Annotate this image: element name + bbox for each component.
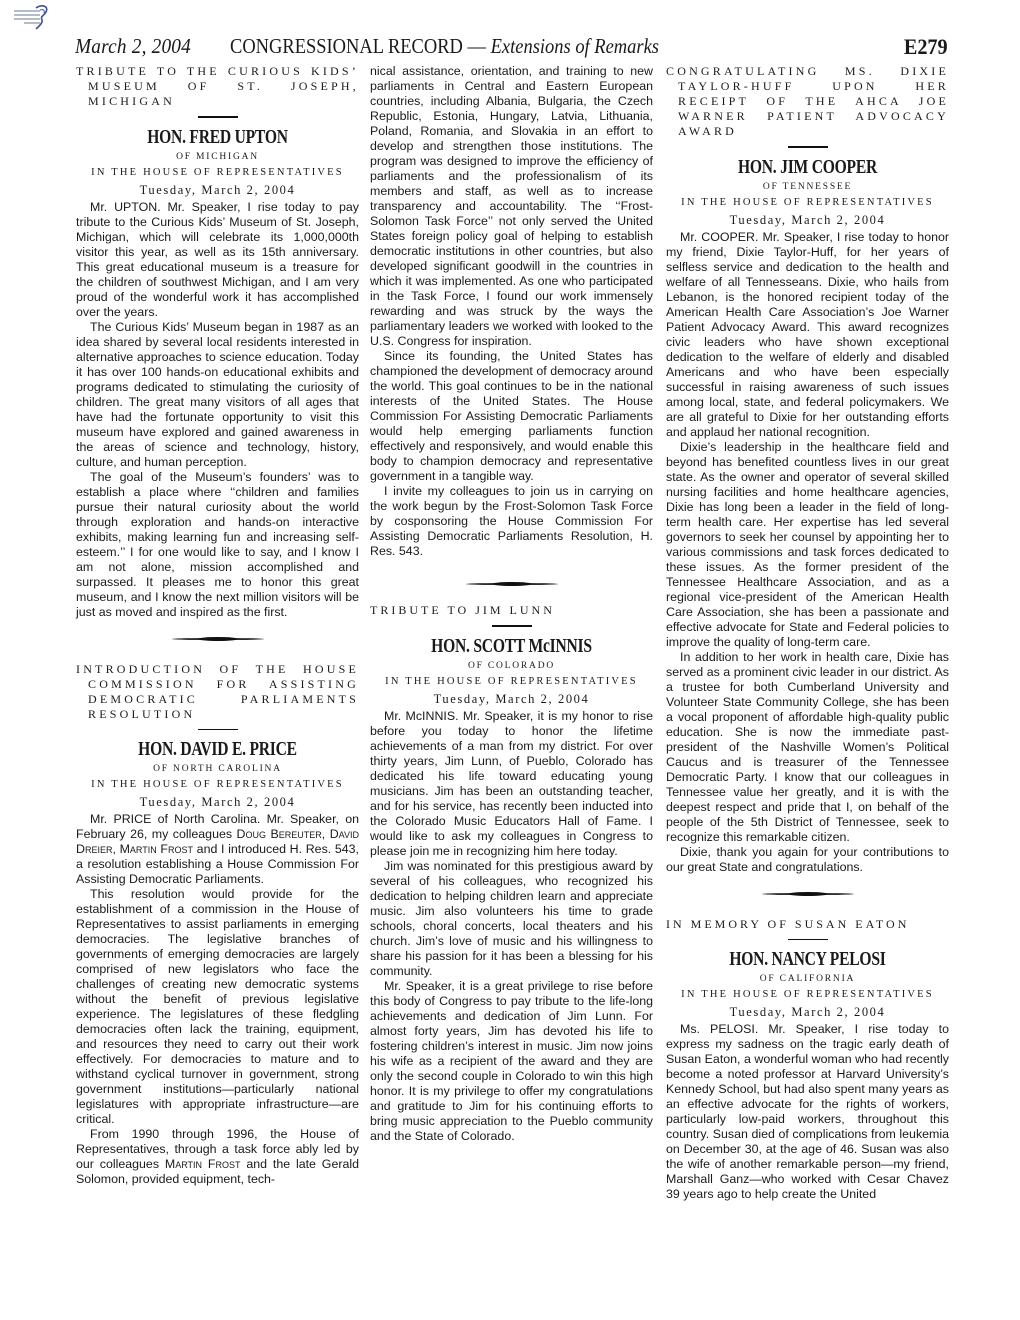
divider <box>198 116 238 118</box>
paragraph: Mr. UPTON. Mr. Speaker, I rise today to … <box>76 200 359 320</box>
column-3: CONGRATULATING MS. DIXIE TAYLOR-HUFF UPO… <box>666 64 949 1202</box>
article-price: INTRODUCTION OF THE HOUSE COMMISSION FOR… <box>76 662 359 1188</box>
text: , <box>112 842 119 856</box>
publication-title: CONGRESSIONAL RECORD — Extensions of Rem… <box>230 34 659 59</box>
member-state: OF MICHIGAN <box>76 150 359 165</box>
title-dash: — <box>463 34 491 58</box>
section-separator <box>172 636 264 642</box>
divider <box>788 146 828 148</box>
member-name: HON. SCOTT McINNIS <box>401 635 622 657</box>
issue-date: March 2, 2004 <box>75 34 191 59</box>
member-name: HON. JIM COOPER <box>697 156 918 178</box>
paragraph: Mr. COOPER. Mr. Speaker, I rise today to… <box>666 230 949 440</box>
member-name: HON. DAVID E. PRICE <box>107 738 328 760</box>
article-pelosi: IN MEMORY OF SUSAN EATON HON. NANCY PELO… <box>666 917 949 1203</box>
article-price-continued: nical assistance, orientation, and train… <box>370 64 653 559</box>
chamber: IN THE HOUSE OF REPRESENTATIVES <box>76 777 359 793</box>
paragraph: Mr. McINNIS. Mr. Speaker, it is my honor… <box>370 709 653 859</box>
member-state: OF COLORADO <box>370 659 653 674</box>
member-state: OF TENNESSEE <box>666 180 949 195</box>
paragraph: Mr. Speaker, it is a great privilege to … <box>370 979 653 1144</box>
divider <box>492 625 532 627</box>
page-header: March 2, 2004 CONGRESSIONAL RECORD — Ext… <box>75 34 948 60</box>
article-topic: TRIBUTE TO JIM LUNN <box>370 603 653 618</box>
member-ref: Doug Bereuter <box>237 827 322 841</box>
paragraph: Dixie’s leadership in the healthcare fie… <box>666 440 949 650</box>
member-ref: Martin Frost <box>120 842 193 856</box>
paragraph: The Curious Kids’ Museum began in 1987 a… <box>76 320 359 470</box>
paragraph: Jim was nominated for this prestigious a… <box>370 859 653 979</box>
article-mcinnis: TRIBUTE TO JIM LUNN HON. SCOTT McINNIS O… <box>370 603 653 1144</box>
article-cooper: CONGRATULATING MS. DIXIE TAYLOR-HUFF UPO… <box>666 64 949 875</box>
paragraph: I invite my colleagues to join us in car… <box>370 484 653 559</box>
text: , <box>322 827 330 841</box>
paragraph: Mr. PRICE of North Carolina. Mr. Speaker… <box>76 812 359 887</box>
section-separator <box>466 581 558 587</box>
paragraph: Ms. PELOSI. Mr. Speaker, I rise today to… <box>666 1022 949 1202</box>
article-upton: TRIBUTE TO THE CURIOUS KIDS’ MUSEUM OF S… <box>76 64 359 620</box>
article-topic: TRIBUTE TO THE CURIOUS KIDS’ MUSEUM OF S… <box>76 64 359 109</box>
chamber: IN THE HOUSE OF REPRESENTATIVES <box>666 987 949 1003</box>
gpo-eagle-logo-icon <box>34 4 50 30</box>
divider <box>198 729 238 731</box>
paragraph: Dixie, thank you again for your contribu… <box>666 845 949 875</box>
paragraph: In addition to her work in health care, … <box>666 650 949 845</box>
column-1: TRIBUTE TO THE CURIOUS KIDS’ MUSEUM OF S… <box>76 64 359 1187</box>
article-topic: CONGRATULATING MS. DIXIE TAYLOR-HUFF UPO… <box>666 64 949 139</box>
member-name: HON. NANCY PELOSI <box>697 948 918 970</box>
paragraph: This resolution would provide for the es… <box>76 887 359 1127</box>
paragraph-continued: nical assistance, orientation, and train… <box>370 64 653 349</box>
speech-date: Tuesday, March 2, 2004 <box>666 1003 949 1021</box>
divider <box>788 939 828 941</box>
page-number: E279 <box>904 34 948 60</box>
gpo-logo <box>14 4 50 32</box>
member-ref: Martin Frost <box>165 1157 241 1171</box>
paragraph: Since its founding, the United States ha… <box>370 349 653 484</box>
member-state: OF CALIFORNIA <box>666 972 949 987</box>
speech-date: Tuesday, March 2, 2004 <box>76 181 359 199</box>
title-main: CONGRESSIONAL RECORD <box>230 34 463 58</box>
column-2: nical assistance, orientation, and train… <box>370 64 653 1144</box>
chamber: IN THE HOUSE OF REPRESENTATIVES <box>370 674 653 690</box>
chamber: IN THE HOUSE OF REPRESENTATIVES <box>76 165 359 181</box>
paragraph: The goal of the Museum’s founders’ was t… <box>76 470 359 620</box>
title-section: Extensions of Remarks <box>491 34 659 58</box>
member-state: OF NORTH CAROLINA <box>76 762 359 777</box>
speech-date: Tuesday, March 2, 2004 <box>666 211 949 229</box>
speech-date: Tuesday, March 2, 2004 <box>370 690 653 708</box>
member-name: HON. FRED UPTON <box>107 126 328 148</box>
chamber: IN THE HOUSE OF REPRESENTATIVES <box>666 195 949 211</box>
section-separator <box>762 891 854 897</box>
article-topic: IN MEMORY OF SUSAN EATON <box>666 917 949 932</box>
article-topic: INTRODUCTION OF THE HOUSE COMMISSION FOR… <box>76 662 359 722</box>
speech-date: Tuesday, March 2, 2004 <box>76 793 359 811</box>
paragraph: From 1990 through 1996, the House of Rep… <box>76 1127 359 1187</box>
